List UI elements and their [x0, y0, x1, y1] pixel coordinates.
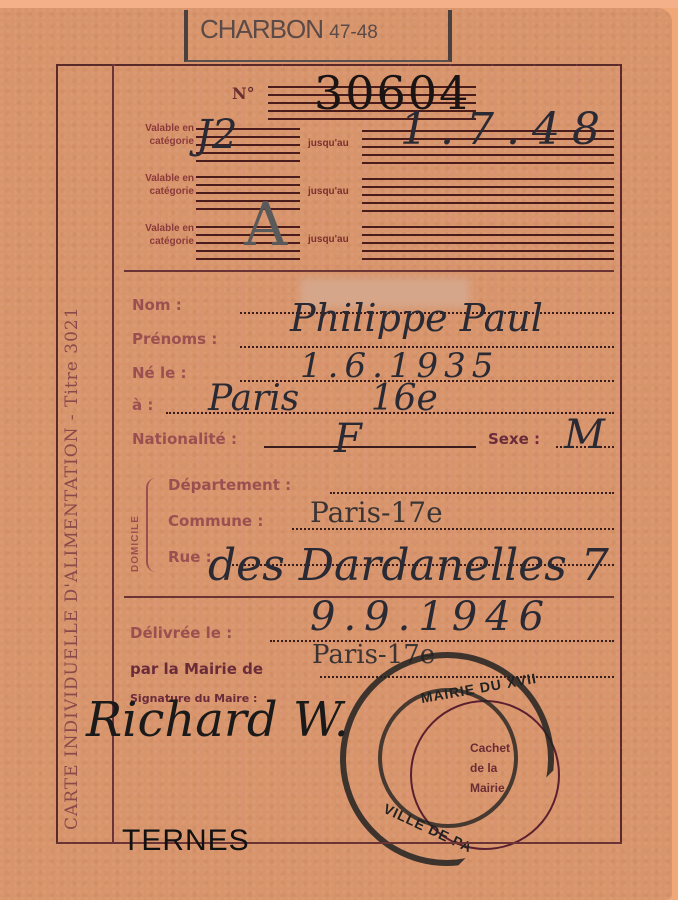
jusqu-label-3: jusqu'au — [308, 234, 349, 245]
a-value: Paris 16e — [208, 378, 438, 419]
mairie-label: par la Mairie de — [130, 660, 263, 678]
rue-label: Rue : — [168, 548, 212, 566]
vertical-title: CARTE INDIVIDUELLE D'ALIMENTATION - Titr… — [62, 70, 82, 830]
cachet-line-2: de la — [470, 758, 530, 778]
cachet-line-3: Mairie — [470, 778, 530, 798]
departement-line — [330, 492, 614, 494]
delivree-value: 9.9.1946 — [310, 594, 552, 640]
departement-label: Département : — [168, 476, 291, 494]
nationalite-value: F — [334, 416, 362, 462]
until-lines-2 — [362, 174, 614, 212]
category-value-2: A — [244, 190, 287, 260]
commune-label: Commune : — [168, 512, 263, 530]
valable-label-3: Valable en catégorie — [122, 222, 194, 248]
sexe-label: Sexe : — [488, 430, 540, 448]
jusqu-label-1: jusqu'au — [308, 138, 349, 149]
until-value-1: 1.7.48 — [400, 104, 612, 155]
nationalite-label: Nationalité : — [132, 430, 237, 448]
nationalite-line — [264, 446, 476, 448]
category-value-1: J2 — [196, 112, 237, 158]
charbon-stamp-year: 47-48 — [329, 22, 378, 43]
ne-le-label: Né le : — [132, 364, 187, 382]
charbon-stamp-label: CHARBON — [200, 14, 323, 44]
domicile-brace — [146, 478, 158, 572]
prenoms-label: Prénoms : — [132, 330, 217, 348]
a-label: à : — [132, 396, 153, 414]
until-lines-3 — [362, 222, 614, 260]
mayor-signature: Richard W. — [86, 692, 349, 748]
rue-value: des Dardanelles 7 — [208, 540, 609, 591]
valable-label-1: Valable en catégorie — [122, 122, 194, 148]
number-label: N° — [232, 84, 255, 103]
sexe-value: M — [564, 412, 605, 458]
charbon-stamp: CHARBON 47-48 — [200, 14, 378, 45]
prenoms-value: Philippe Paul — [290, 296, 543, 340]
jusqu-label-2: jusqu'au — [308, 186, 349, 197]
nom-label: Nom : — [132, 296, 182, 314]
cachet-label: Cachet de la Mairie — [470, 738, 530, 798]
divider-validity — [124, 270, 614, 272]
cachet-line-1: Cachet — [470, 738, 530, 758]
district-stamp: TERNES — [122, 824, 250, 858]
card-behind-edge — [0, 0, 678, 8]
domicile-label: DOMICILE — [130, 515, 141, 572]
commune-value: Paris-17e — [310, 496, 443, 529]
delivree-label: Délivrée le : — [130, 624, 232, 642]
valable-label-2: Valable en catégorie — [122, 172, 194, 198]
